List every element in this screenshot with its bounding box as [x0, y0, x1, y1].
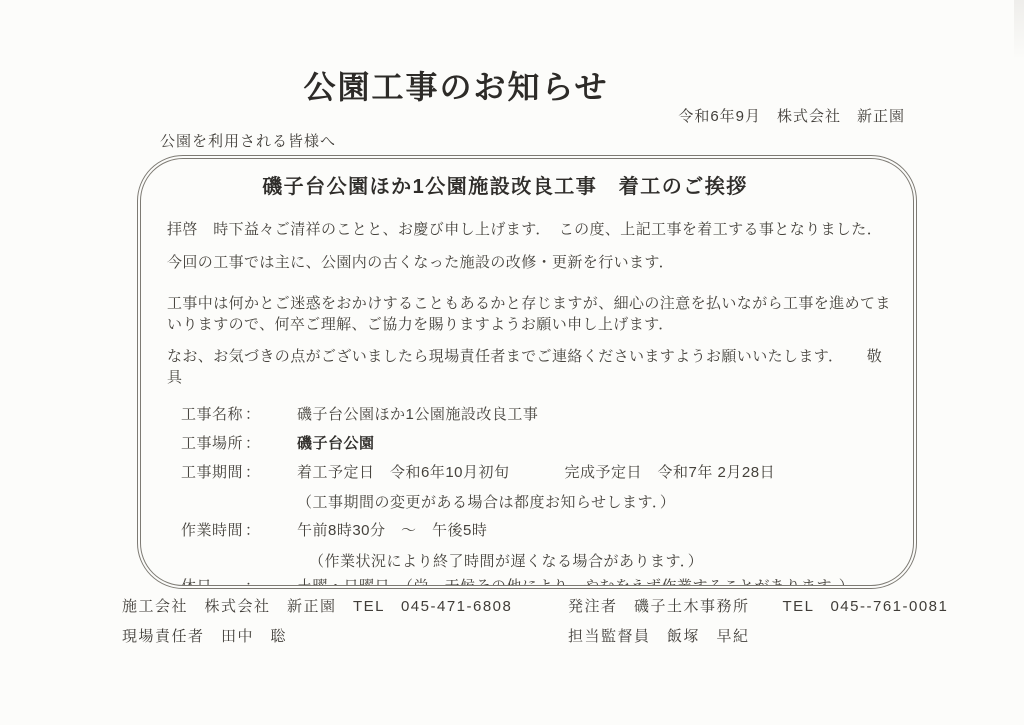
contractor-line: 施工会社 株式会社 新正園 TEL 045-471-6808 — [122, 596, 568, 618]
notice-heading: 磯子台公園ほか1公園施設改良工事 着工のご挨拶 — [167, 173, 893, 201]
document-page: 公園工事のお知らせ 令和6年9月 株式会社 新正園 公園を利用される皆様へ 磯子… — [0, 0, 1024, 725]
detail-label: 工事場所 — [181, 433, 245, 455]
detail-colon: ： — [245, 576, 297, 589]
paragraph-contact-closing: なお、お気づきの点がございましたら現場責任者までご連絡くださいますようお願いいた… — [167, 346, 893, 388]
orderer-line: 発注者 磯子土木事務所 TEL 045--761-0081 — [568, 596, 948, 618]
period-start: 着工予定日 令和6年10月初旬 — [297, 462, 510, 484]
footer-row-companies: 施工会社 株式会社 新正園 TEL 045-471-6808 発注者 磯子土木事… — [122, 596, 934, 618]
detail-value: 磯子台公園 — [297, 433, 893, 455]
notice-box: 磯子台公園ほか1公園施設改良工事 着工のご挨拶 拝啓 時下益々ご清祥のことと、お… — [137, 155, 917, 589]
detail-row-holiday: 休日 ： 土曜・日曜日 （尚、天候その他により、やむをえず作業することがあります… — [167, 576, 893, 589]
date-company-line: 令和6年9月 株式会社 新正園 — [678, 105, 905, 126]
scan-artifact — [1014, 0, 1024, 60]
salutation-line: 公園を利用される皆様へ — [160, 130, 336, 151]
detail-row-work-period: 工事期間 ： 着工予定日 令和6年10月初旬 完成予定日 令和7年 2月28日 — [167, 462, 893, 484]
detail-value: 午前8時30分 ～ 午後5時 — [297, 520, 893, 542]
hours-note: （作業状況により終了時間が遅くなる場合があります．） — [167, 551, 893, 573]
detail-label: 休日 — [181, 576, 245, 589]
detail-colon: ： — [245, 404, 297, 426]
detail-value: 土曜・日曜日 （尚、天候その他により、やむをえず作業することがあります．） — [297, 576, 893, 589]
footer-contacts: 施工会社 株式会社 新正園 TEL 045-471-6808 発注者 磯子土木事… — [122, 596, 934, 656]
period-note: （工事期間の変更がある場合は都度お知らせします．） — [167, 492, 893, 514]
detail-row-work-place: 工事場所 ： 磯子台公園 — [167, 433, 893, 455]
footer-row-people: 現場責任者 田中 聡 担当監督員 飯塚 早紀 — [122, 626, 934, 648]
detail-label: 工事期間 — [181, 462, 245, 484]
site-manager-line: 現場責任者 田中 聡 — [122, 626, 568, 648]
detail-colon: ： — [245, 462, 297, 484]
detail-colon: ： — [245, 433, 297, 455]
page-title: 公園工事のお知らせ — [0, 62, 912, 108]
detail-value: 磯子台公園ほか1公園施設改良工事 — [297, 404, 893, 426]
detail-label: 工事名称 — [181, 404, 245, 426]
paragraph-apology: 工事中は何かとご迷惑をおかけすることもあるかと存じますが、細心の注意を払いながら… — [167, 293, 893, 335]
period-end: 完成予定日 令和7年 2月28日 — [565, 462, 776, 484]
paragraph-greeting: 拝啓 時下益々ご清祥のことと、お慶び申し上げます． この度、上記工事を着工する事… — [167, 219, 893, 240]
paragraph-work-summary: 今回の工事では主に、公園内の古くなった施設の改修・更新を行います． — [167, 252, 893, 273]
detail-colon: ： — [245, 520, 297, 542]
detail-label: 作業時間 — [181, 520, 245, 542]
detail-row-work-name: 工事名称 ： 磯子台公園ほか1公園施設改良工事 — [167, 404, 893, 426]
detail-row-work-hours: 作業時間 ： 午前8時30分 ～ 午後5時 — [167, 520, 893, 542]
supervisor-line: 担当監督員 飯塚 早紀 — [568, 626, 934, 648]
